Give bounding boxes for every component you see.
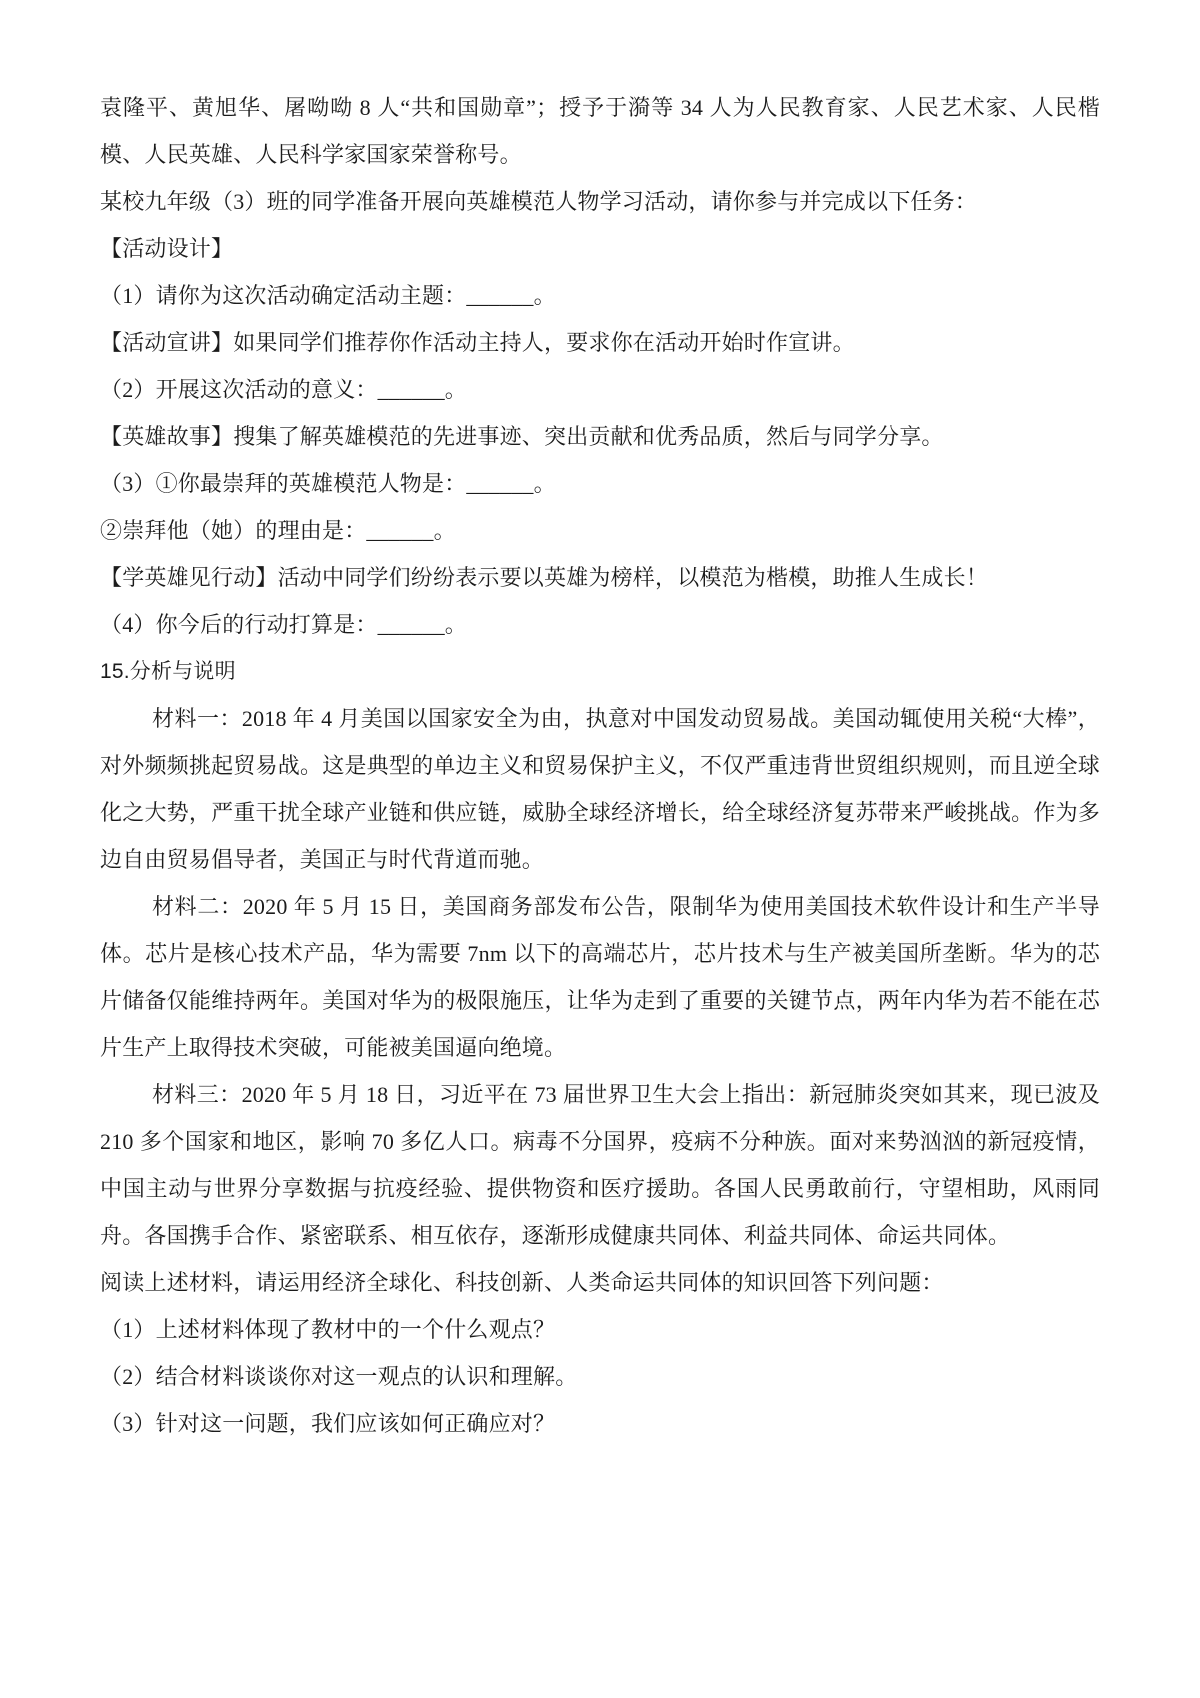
question-14-part2: （2）开展这次活动的意义：______。 [100, 366, 1100, 413]
learn-heroes-action-paragraph: 【学英雄见行动】活动中同学们纷纷表示要以英雄为榜样，以模范为楷模，助推人生成长！ [100, 554, 1100, 601]
hero-story-paragraph: 【英雄故事】搜集了解英雄模范的先进事迹、突出贡献和优秀品质，然后与同学分享。 [100, 413, 1100, 460]
question-14-part3-sub2: ②崇拜他（她）的理由是：______。 [100, 507, 1100, 554]
material-3-paragraph: 材料三：2020 年 5 月 18 日，习近平在 73 届世界卫生大会上指出：新… [100, 1071, 1100, 1259]
activity-scenario-paragraph: 某校九年级（3）班的同学准备开展向英雄模范人物学习活动，请你参与并完成以下任务： [100, 178, 1100, 225]
reading-instruction-paragraph: 阅读上述材料，请运用经济全球化、科技创新、人类命运共同体的知识回答下列问题： [100, 1259, 1100, 1306]
question-14-part4: （4）你今后的行动打算是：______。 [100, 601, 1100, 648]
question-15-part2: （2）结合材料谈谈你对这一观点的认识和理解。 [100, 1353, 1100, 1400]
question-15-part3: （3）针对这一问题，我们应该如何正确应对？ [100, 1400, 1100, 1447]
material-1-paragraph: 材料一：2018 年 4 月美国以国家安全为由，执意对中国发动贸易战。美国动辄使… [100, 695, 1100, 883]
question-15-part1: （1）上述材料体现了教材中的一个什么观点？ [100, 1306, 1100, 1353]
award-lead-in-paragraph: 袁隆平、黄旭华、屠呦呦 8 人“共和国勋章”；授予于漪等 34 人为人民教育家、… [100, 84, 1100, 178]
question-14-part3-sub1: （3）①你最崇拜的英雄模范人物是：______。 [100, 460, 1100, 507]
activity-design-header: 【活动设计】 [100, 225, 1100, 272]
activity-announce-paragraph: 【活动宣讲】如果同学们推荐你作活动主持人，要求你在活动开始时作宣讲。 [100, 319, 1100, 366]
material-2-paragraph: 材料二：2020 年 5 月 15 日，美国商务部发布公告，限制华为使用美国技术… [100, 883, 1100, 1071]
question-15-heading: 15.分析与说明 [100, 648, 1100, 695]
question-14-part1: （1）请你为这次活动确定活动主题：______。 [100, 272, 1100, 319]
exam-page: 袁隆平、黄旭华、屠呦呦 8 人“共和国勋章”；授予于漪等 34 人为人民教育家、… [0, 0, 1200, 1698]
